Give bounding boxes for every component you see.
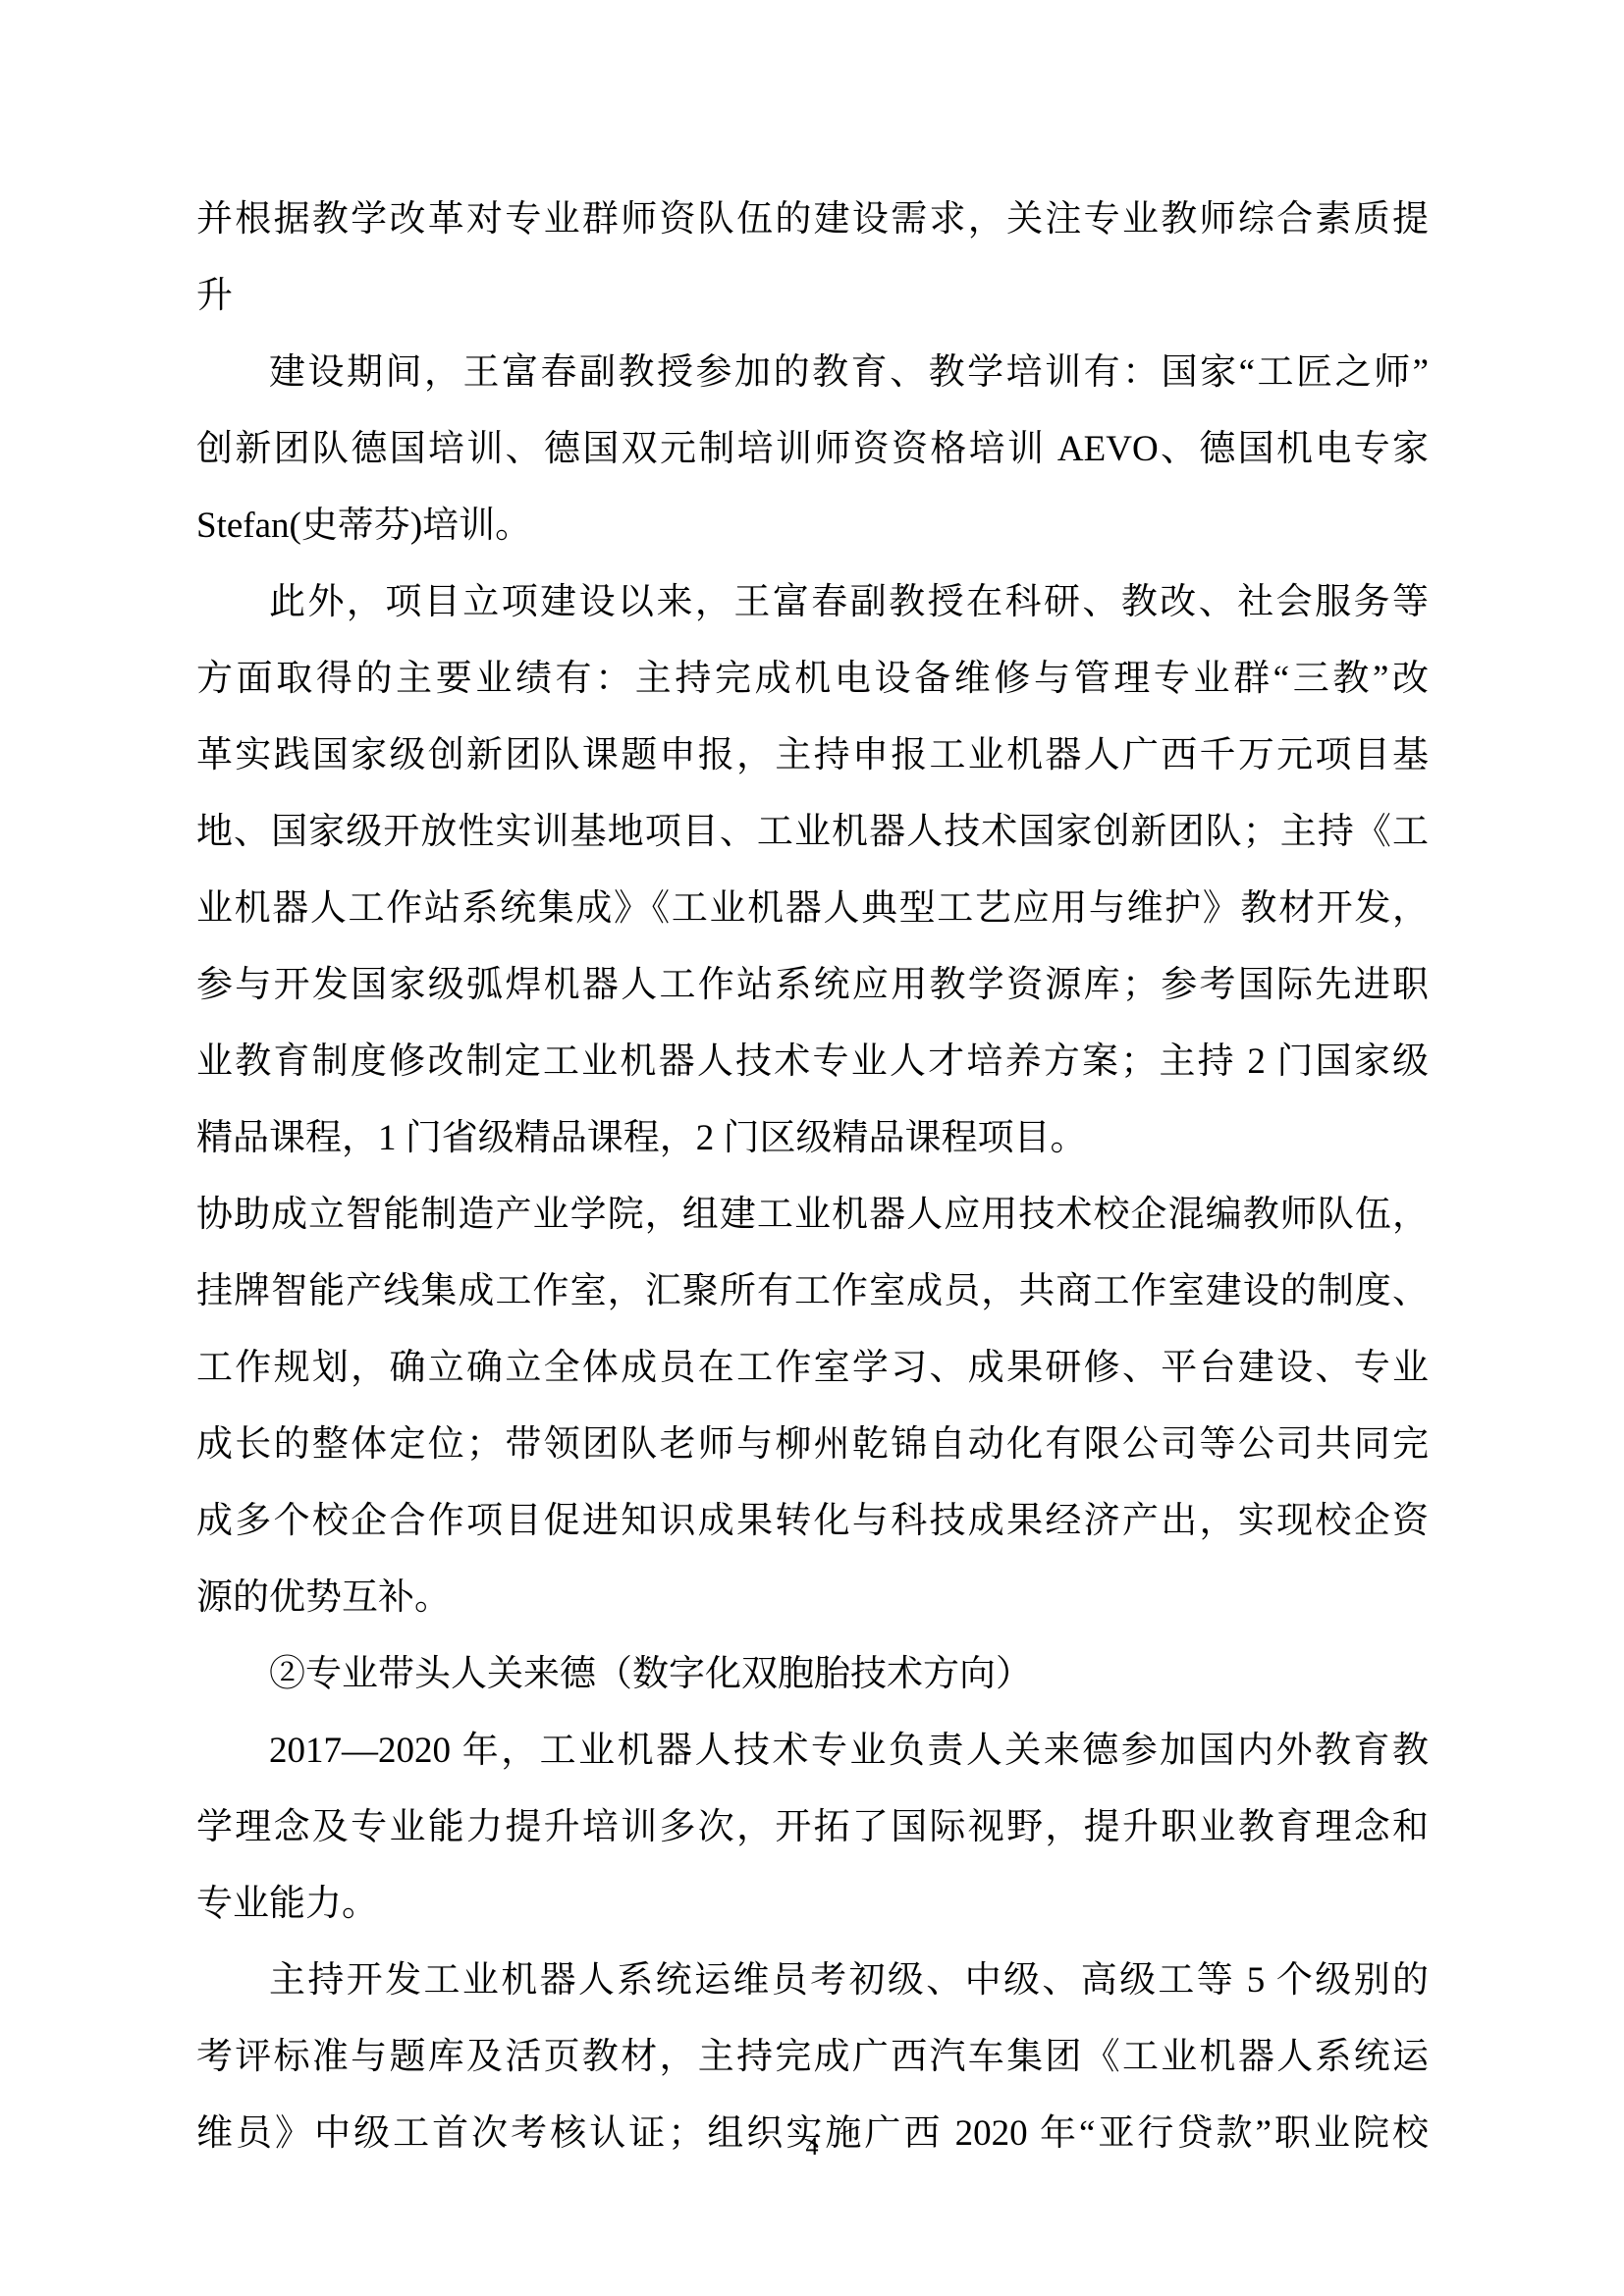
text-line: 2017—2020 年，工业机器人技术专业负责人关来德参加国内外教育教: [196, 1713, 1429, 1789]
page-number: 4: [0, 2132, 1624, 2162]
text-line: 升: [196, 258, 1429, 335]
text-line: 参与开发国家级弧焊机器人工作站系统应用教学资源库；参考国际先进职: [196, 947, 1429, 1024]
text-line: 地、国家级开放性实训基地项目、工业机器人技术国家创新团队；主持《工: [196, 794, 1429, 871]
text-line: ②专业带头人关来德（数字化双胞胎技术方向）: [196, 1636, 1429, 1713]
text-line: 专业能力。: [196, 1866, 1429, 1943]
text-line: 并根据教学改革对专业群师资队伍的建设需求，关注专业教师综合素质提: [196, 182, 1429, 258]
text-line: 革实践国家级创新团队课题申报，主持申报工业机器人广西千万元项目基: [196, 718, 1429, 794]
text-line: 精品课程，1 门省级精品课程，2 门区级精品课程项目。: [196, 1100, 1429, 1177]
document-page: 并根据教学改革对专业群师资队伍的建设需求，关注专业教师综合素质提升建设期间，王富…: [0, 0, 1624, 2296]
text-line: 成多个校企合作项目促进知识成果转化与科技成果经济产出，实现校企资: [196, 1483, 1429, 1560]
text-line: 主持开发工业机器人系统运维员考初级、中级、高级工等 5 个级别的: [196, 1943, 1429, 2019]
text-line: 源的优势互补。: [196, 1560, 1429, 1636]
text-line: 考评标准与题库及活页教材，主持完成广西汽车集团《工业机器人系统运: [196, 2019, 1429, 2096]
text-line: 工作规划，确立确立全体成员在工作室学习、成果研修、平台建设、专业: [196, 1330, 1429, 1407]
text-line: 挂牌智能产线集成工作室，汇聚所有工作室成员，共商工作室建设的制度、: [196, 1254, 1429, 1330]
text-line: 协助成立智能制造产业学院，组建工业机器人应用技术校企混编教师队伍，: [196, 1177, 1429, 1254]
text-line: 建设期间，王富春副教授参加的教育、教学培训有：国家“工匠之师”: [196, 335, 1429, 411]
text-line: 业教育制度修改制定工业机器人技术专业人才培养方案；主持 2 门国家级: [196, 1024, 1429, 1100]
text-line: 方面取得的主要业绩有：主持完成机电设备维修与管理专业群“三教”改: [196, 641, 1429, 718]
text-line: 学理念及专业能力提升培训多次，开拓了国际视野，提升职业教育理念和: [196, 1789, 1429, 1866]
text-line: 创新团队德国培训、德国双元制培训师资资格培训 AEVO、德国机电专家: [196, 411, 1429, 488]
text-line: Stefan(史蒂芬)培训。: [196, 488, 1429, 564]
text-line: 业机器人工作站系统集成》《工业机器人典型工艺应用与维护》教材开发，: [196, 871, 1429, 947]
text-line: 成长的整体定位；带领团队老师与柳州乾锦自动化有限公司等公司共同完: [196, 1407, 1429, 1483]
text-body: 并根据教学改革对专业群师资队伍的建设需求，关注专业教师综合素质提升建设期间，王富…: [196, 182, 1429, 2172]
text-line: 此外，项目立项建设以来，王富春副教授在科研、教改、社会服务等: [196, 564, 1429, 641]
